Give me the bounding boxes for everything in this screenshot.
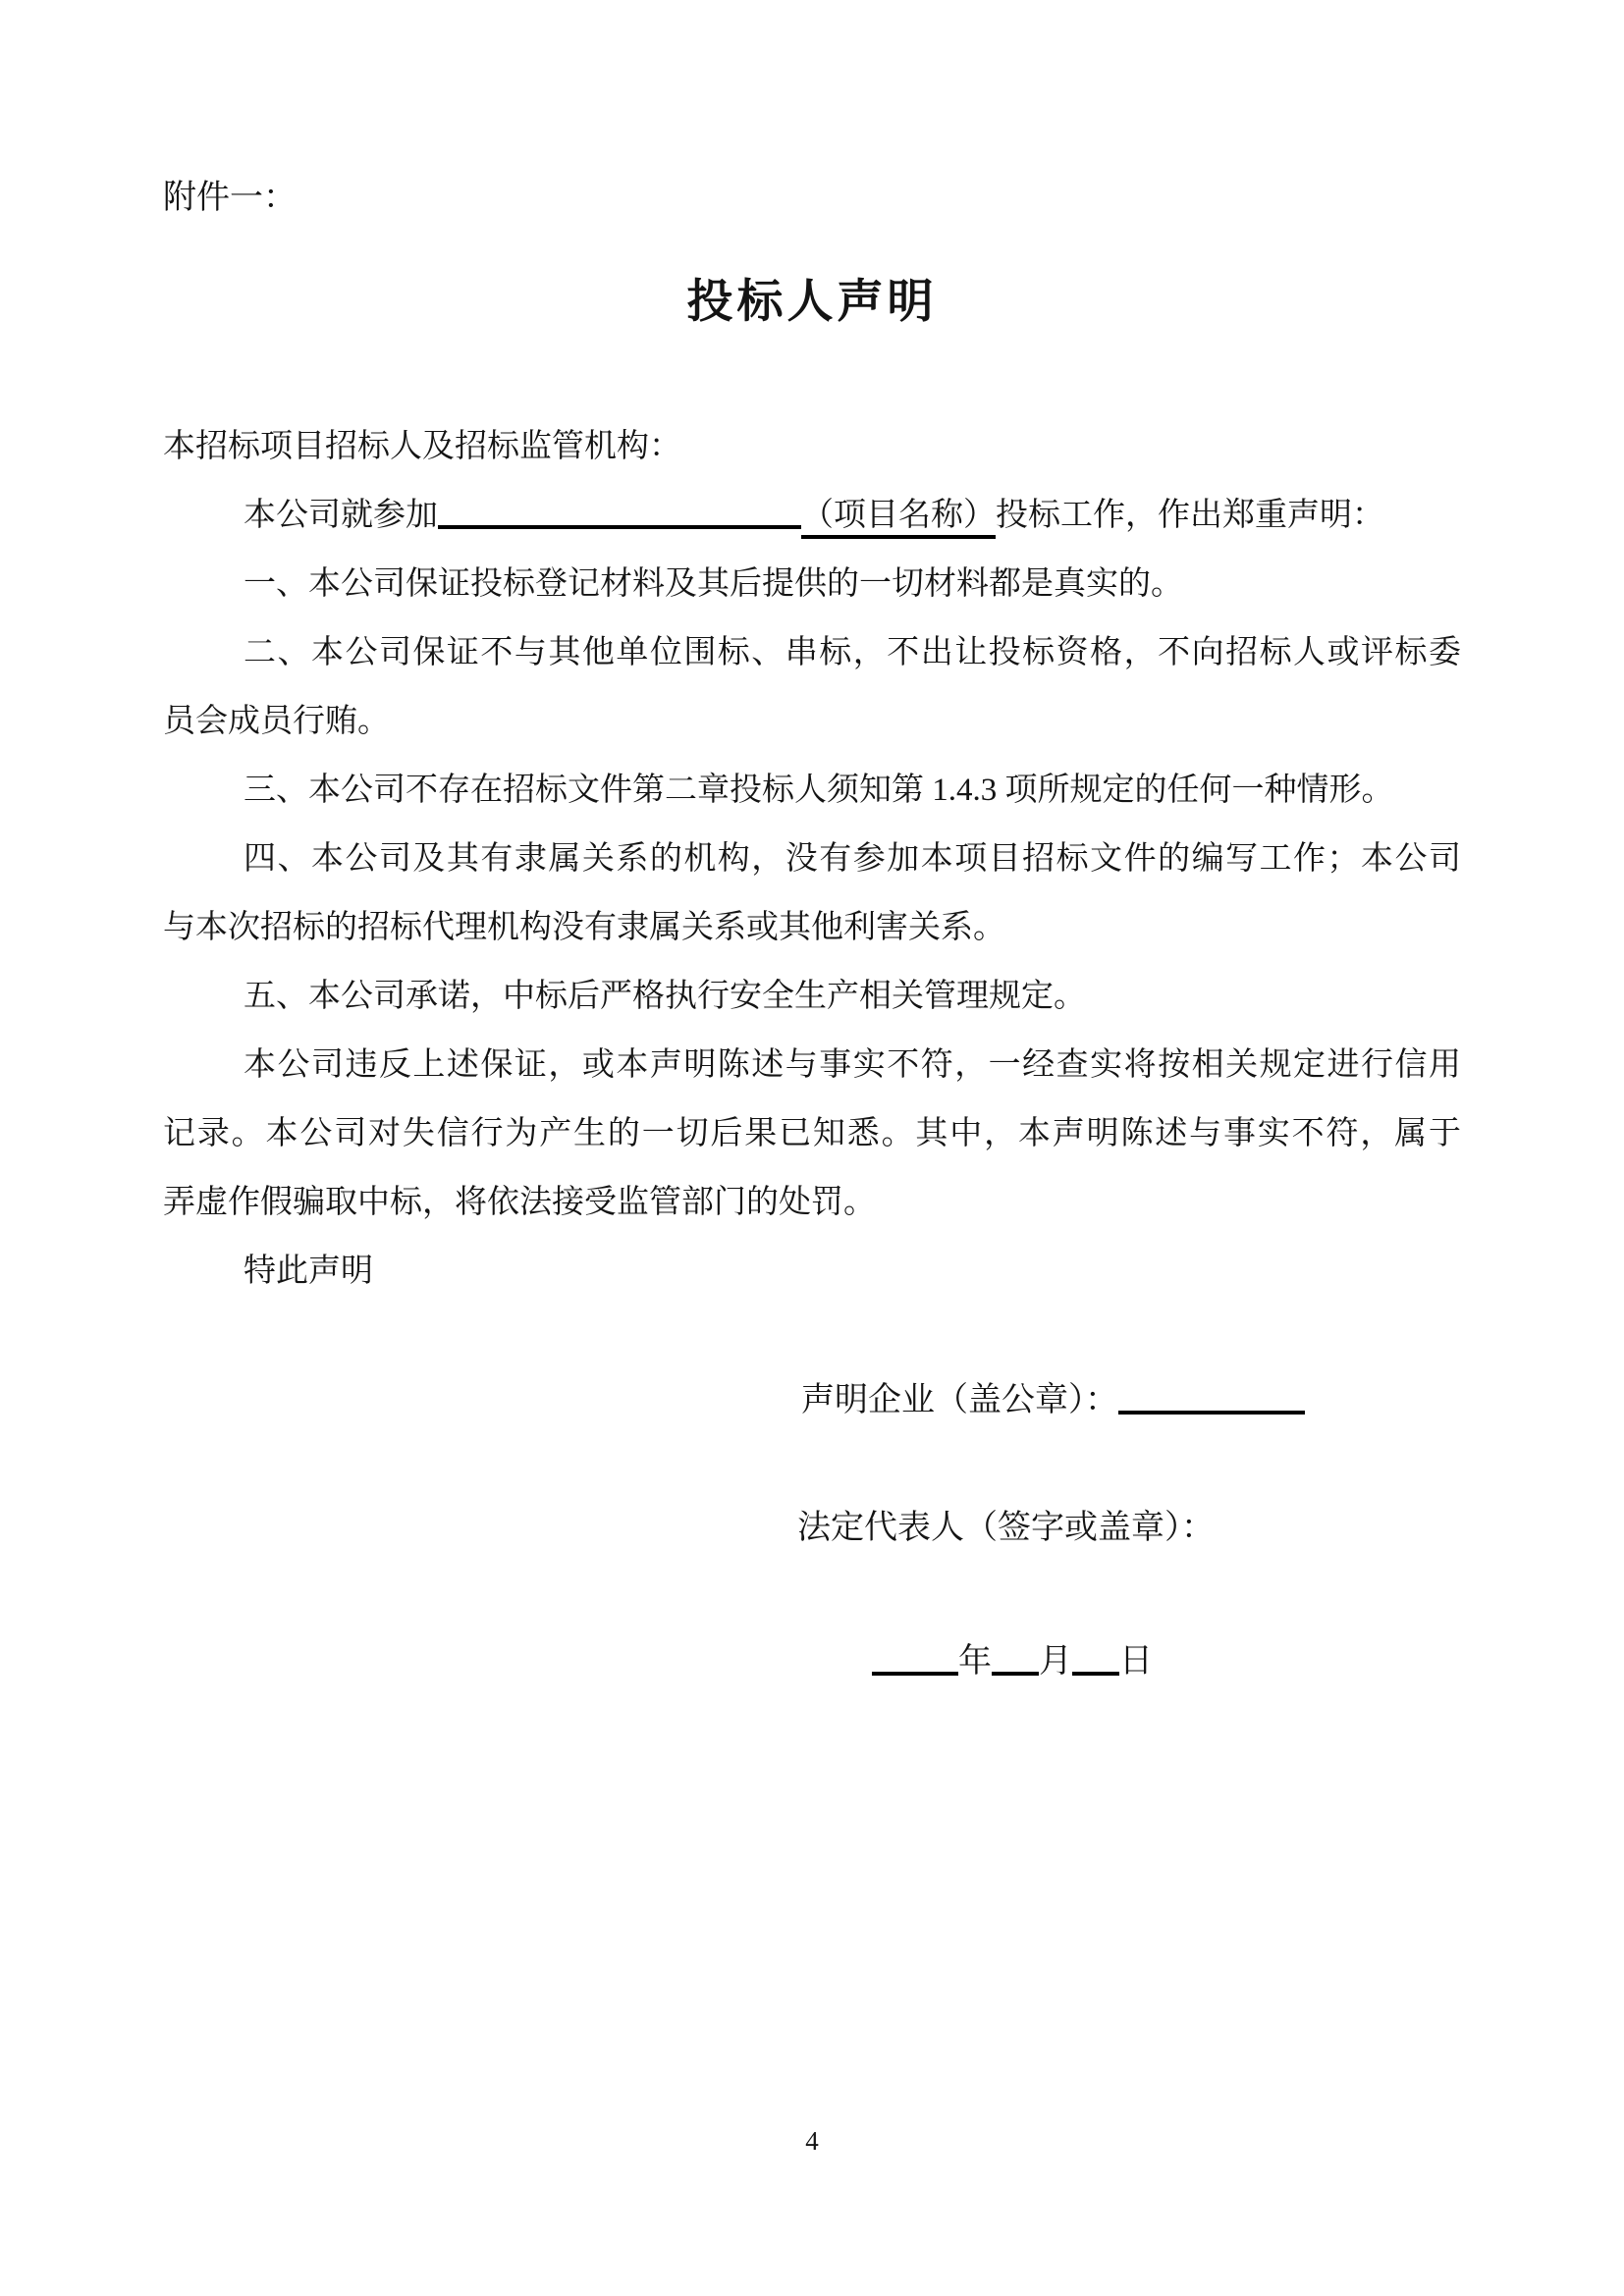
date-year-blank-underline — [872, 1646, 958, 1676]
attachment-label: 附件一： — [163, 179, 297, 218]
intro-line: 本招标项目招标人及招标监管机构： — [163, 412, 1461, 481]
page-number: 4 — [0, 2126, 1624, 2157]
participation-prefix: 本公司就参加 — [244, 498, 438, 533]
project-name-hint: （项目名称） — [801, 498, 996, 539]
date-year-label: 年 — [958, 1643, 992, 1680]
body-line-item4-b: 与本次招标的招标代理机构没有隶属关系或其他利害关系。 — [163, 893, 1461, 962]
date-month-label: 月 — [1039, 1643, 1072, 1680]
body-line-item1: 一、本公司保证投标登记材料及其后提供的一切材料都是真实的。 — [163, 550, 1461, 618]
signature-date-line: 年月日 — [872, 1633, 1153, 1682]
closing-statement-line: 特此声明 — [163, 1237, 1461, 1306]
participation-suffix: 投标工作，作出郑重声明： — [996, 498, 1384, 533]
body-line-penalty-b: 记录。本公司对失信行为产生的一切后果已知悉。其中，本声明陈述与事实不符，属于 — [163, 1099, 1461, 1168]
body-line-item3: 三、本公司不存在招标文件第二章投标人须知第 1.4.3 项所规定的任何一种情形。 — [163, 756, 1461, 825]
signature-legal-rep-label: 法定代表人（签字或盖章）： — [797, 1510, 1215, 1546]
signature-company-line: 声明企业（盖公章）： — [801, 1372, 1305, 1420]
date-day-label: 日 — [1119, 1643, 1153, 1680]
body-line-item5: 五、本公司承诺，中标后严格执行安全生产相关管理规定。 — [163, 962, 1461, 1031]
document-page: 附件一： 投标人声明 本招标项目招标人及招标监管机构： 本公司就参加（项目名称）… — [0, 0, 1624, 2296]
date-day-blank-underline — [1072, 1646, 1119, 1676]
signature-company-label: 声明企业（盖公章）： — [801, 1382, 1118, 1418]
signature-legal-rep-line: 法定代表人（签字或盖章）： — [797, 1500, 1215, 1548]
document-body: 本招标项目招标人及招标监管机构： 本公司就参加（项目名称）投标工作，作出郑重声明… — [163, 412, 1461, 1306]
document-title: 投标人声明 — [0, 265, 1624, 331]
body-line-penalty-a: 本公司违反上述保证，或本声明陈述与事实不符，一经查实将按相关规定进行信用 — [163, 1031, 1461, 1099]
body-line-item2-b: 员会成员行贿。 — [163, 687, 1461, 756]
project-participation-line: 本公司就参加（项目名称）投标工作，作出郑重声明： — [163, 481, 1461, 550]
signature-company-blank-underline — [1118, 1385, 1305, 1415]
date-month-blank-underline — [992, 1646, 1039, 1676]
body-line-penalty-c: 弄虚作假骗取中标，将依法接受监管部门的处罚。 — [163, 1168, 1461, 1237]
body-line-item4-a: 四、本公司及其有隶属关系的机构，没有参加本项目招标文件的编写工作；本公司 — [163, 825, 1461, 893]
body-line-item2-a: 二、本公司保证不与其他单位围标、串标，不出让投标资格，不向招标人或评标委 — [163, 618, 1461, 687]
project-name-blank-underline — [438, 500, 801, 529]
